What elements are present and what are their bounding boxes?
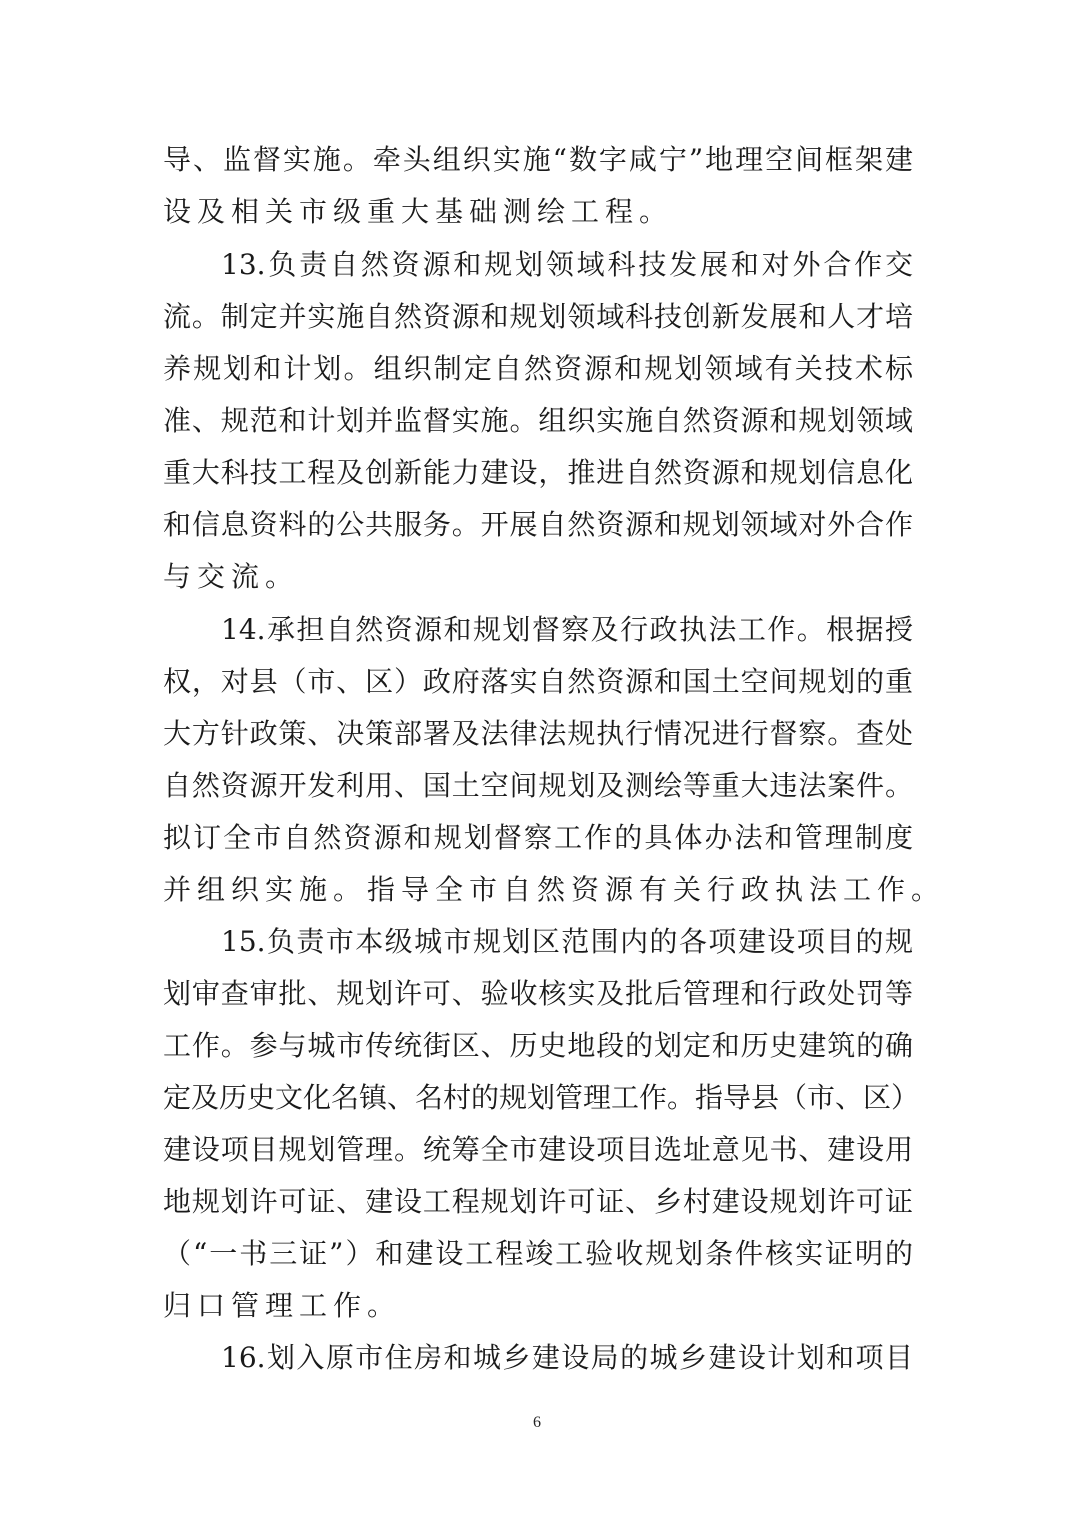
paragraph-first-line: 15.负责市本级城市规划区范围内的各项建设项目的规 (221, 922, 913, 962)
text-line: 导、监督实施。牵头组织实施“数字咸宁”地理空间框架建 (163, 140, 913, 180)
text-line: 建设项目规划管理。统筹全市建设项目选址意见书、建设用 (163, 1130, 913, 1170)
text-line: 自然资源开发利用、国土空间规划及测绘等重大违法案件。 (163, 766, 913, 806)
text-line: 重大科技工程及创新能力建设，推进自然资源和规划信息化 (163, 453, 913, 493)
paragraph-first-line: 13.负责自然资源和规划领域科技发展和对外合作交 (221, 245, 913, 285)
text-line: 准、规范和计划并监督实施。组织实施自然资源和规划领域 (163, 401, 913, 441)
text-line: 地规划许可证、建设工程规划许可证、乡村建设规划许可证 (163, 1182, 913, 1222)
text-line: 养规划和计划。组织制定自然资源和规划领域有关技术标 (163, 349, 913, 389)
text-line: 权，对县（市、区）政府落实自然资源和国土空间规划的重 (163, 662, 913, 702)
text-line: （“一书三证”）和建设工程竣工验收规划条件核实证明的 (163, 1234, 913, 1274)
text-line: 划审查审批、规划许可、验收核实及批后管理和行政处罚等 (163, 974, 913, 1014)
paragraph-first-line: 14.承担自然资源和规划督察及行政执法工作。根据授 (221, 610, 913, 650)
text-line: 设及相关市级重大基础测绘工程。 (163, 192, 913, 232)
page-number: 6 (0, 1414, 1074, 1432)
text-line: 拟订全市自然资源和规划督察工作的具体办法和管理制度 (163, 818, 913, 858)
text-line: 和信息资料的公共服务。开展自然资源和规划领域对外合作 (163, 505, 913, 545)
text-line: 大方针政策、决策部署及法律法规执行情况进行督察。查处 (163, 714, 913, 754)
paragraph-first-line: 16.划入原市住房和城乡建设局的城乡建设计划和项目 (221, 1338, 913, 1378)
text-line: 流。制定并实施自然资源和规划领域科技创新发展和人才培 (163, 297, 913, 337)
text-line: 工作。参与城市传统街区、历史地段的划定和历史建筑的确 (163, 1026, 913, 1066)
text-line: 定及历史文化名镇、名村的规划管理工作。指导县（市、区） (163, 1078, 913, 1118)
text-line: 并组织实施。指导全市自然资源有关行政执法工作。 (163, 870, 913, 910)
text-line: 归口管理工作。 (163, 1286, 913, 1326)
text-line: 与交流。 (163, 557, 913, 597)
document-page: 导、监督实施。牵头组织实施“数字咸宁”地理空间框架建设及相关市级重大基础测绘工程… (0, 0, 1074, 1520)
